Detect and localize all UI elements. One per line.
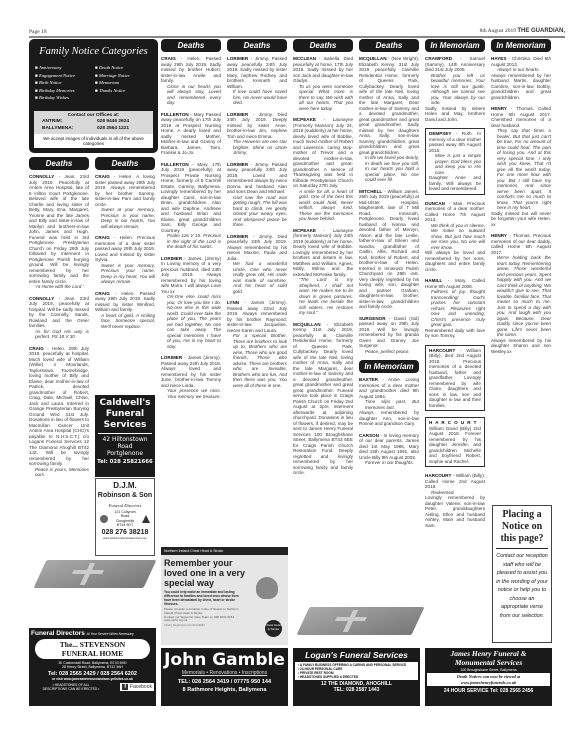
- column-7: In Memoriam CRAWFORD - Samuel (Sammy), 1…: [425, 39, 485, 534]
- category-item: Birth Notice: [35, 80, 92, 85]
- notice: HAMILL - Mary. Called Home 8th August 20…: [425, 278, 485, 339]
- notice-text: - Jimmy. Passed away peacefully 24th Jul…: [227, 56, 287, 89]
- placing-title: this page?: [496, 533, 548, 549]
- notice-signoff: Lovingly remembered by daughter Valerie,…: [425, 495, 485, 528]
- notice-verse: A heart of gold, A smiling face, Someone…: [95, 313, 155, 330]
- ad-line: DESCRIPTIONS CAN BE ERECTED •: [31, 687, 111, 691]
- family-notice-categories: Family Notice Categories Anniversary Dea…: [29, 39, 158, 153]
- notice-name: SURGENOR: [359, 316, 386, 321]
- service-item: • HEADSTONES SUPPLIED & ERECTED: [298, 675, 415, 679]
- header-rule: [29, 36, 565, 38]
- ad-body: You could help make an immediate and las…: [161, 588, 246, 608]
- notice-name: HARCOURT: [429, 348, 455, 353]
- notice-signoff: Sadly missed but will never be forgotten…: [491, 211, 551, 228]
- notice: LORIMER - Jimmy. Passed away peacefully …: [227, 162, 287, 228]
- notice-verse: Sweet at your memory, Precious is your n…: [95, 207, 155, 229]
- notice-text: - Launayne (formerly Manson) July 24th 2…: [293, 228, 353, 277]
- column-6: Deaths MCQUILLAN - (Nee Wright). Elizabe…: [359, 39, 419, 472]
- section-header-memoriam: In Memoriam: [359, 360, 419, 373]
- category-item: Birthday Memories: [35, 88, 92, 93]
- notice: CARSON - In loving memory of our dear pa…: [359, 433, 419, 466]
- category-item: Memoriam: [95, 80, 152, 85]
- ad-services-list: • A FAMILY BUSINESS OFFERING A CARING AN…: [295, 662, 418, 680]
- column-1: Deaths CONNOLLY - Jean. 23rd July 2019. …: [29, 157, 89, 484]
- ad-title: Robinson & Son: [96, 491, 154, 500]
- ad-title: D.J.M.: [96, 481, 154, 491]
- section-header-deaths: Deaths: [161, 39, 221, 52]
- ad-name: The... STEVENSON: [35, 640, 150, 649]
- ad-phone: TEL: 028 2564 3419 / 07775 950 144: [161, 679, 288, 685]
- notice-verse: Peace, perfect peace.: [359, 349, 419, 355]
- notice-boxed: HARCOURT - William (Billy), died 2nd Aug…: [425, 345, 485, 412]
- notice-text: - Helen. A loving sister passed away 29t…: [95, 174, 155, 207]
- notice-name: CRAIG: [95, 174, 110, 179]
- masthead: 8th August 2019 THE GUARDIAN,: [480, 28, 565, 34]
- column-3: Deaths CRAIG - Helen. Passed away 29th J…: [161, 39, 221, 405]
- notice-name: MITCHELL: [359, 189, 382, 194]
- notice-name: CRAWFORD: [425, 56, 452, 61]
- notice-text: - Mary Passed away peacefully on 17th Ju…: [161, 112, 221, 156]
- notice-name: LORIMER: [227, 162, 248, 167]
- notice-name: CRAIG: [95, 291, 110, 296]
- notice-verse: Time slips past, But memories last.: [359, 399, 419, 410]
- notice-name: CONNOLLY: [29, 174, 54, 179]
- category-item: Engagement Notice: [35, 73, 92, 78]
- chest-heart-stroke-ad: Northern Ireland Chest Heart & Stroke Re…: [161, 547, 288, 645]
- ad-phone: 24 HOUR SERVICE Tel: 028 2565 2456: [427, 688, 550, 694]
- notice-name: CRAIG: [95, 235, 110, 240]
- notice-name: LORIMER: [227, 112, 248, 117]
- placing-body: Contact our reception staff who will be …: [496, 552, 548, 620]
- notice-verse: Peace is yours, Memories ours.: [29, 467, 89, 478]
- notice-verse: Sweet is your memory, Precious your name…: [95, 263, 155, 285]
- notice-verse: For a special Brother. There are brother…: [227, 333, 287, 388]
- notice-text: - Jean. 23rd July 2019, peacefully at ho…: [29, 296, 89, 329]
- page-number: Page 18: [29, 29, 47, 35]
- notice-text: - Elizabeth Kenny. 31st July 2019, peace…: [293, 322, 353, 476]
- notice-name: CRAIG: [161, 56, 176, 61]
- ad-address: Road: [95, 443, 155, 450]
- bible-image: [296, 607, 424, 635]
- notice-verse: A smile for all, a heart of gold, One of…: [293, 189, 353, 222]
- caldwells-funeral-ad: Caldwell's Funeral Services 42 Hiltonsto…: [95, 395, 155, 477]
- ad-notice-box: Death Notices can now be viewed at www.j…: [427, 673, 550, 686]
- notice-signoff: Always remembered by his daughter Sharon…: [491, 338, 551, 355]
- ad-body: Contact our Supporter Care Team on 028 9…: [161, 616, 246, 624]
- notice-name: LORIMER: [227, 56, 248, 61]
- notice-name: MCPEAKE: [293, 117, 316, 122]
- notice-verse: Your presence we miss. Your memory we tr…: [161, 388, 221, 399]
- notice-name: LORIMER: [227, 234, 248, 239]
- contact-offices: Contact our Offices at: ANTRIM:028 9446 …: [34, 111, 153, 148]
- notice-text: - Jean. 23rd July 2019. Peacefully at An…: [29, 174, 89, 284]
- notice-signoff: Will always be loved and remembered by h…: [425, 250, 485, 272]
- section-header-deaths: Deaths: [29, 157, 89, 170]
- issue-date: 8th August 2019: [480, 28, 516, 34]
- ad-top-title: Funeral Directors: [31, 630, 85, 637]
- logans-funeral-ad: Logan's Funeral Services • A FAMILY BUSI…: [293, 648, 420, 706]
- notice-name: CONNOLLY: [29, 296, 54, 301]
- notice-boxed: DEMPSEY - Ruth. In memory of a dear moth…: [425, 128, 485, 195]
- heart-icon: [256, 577, 278, 599]
- notice-text: - Jimmy. Passed away peacefully 24th Jul…: [227, 162, 287, 195]
- notice-text: - William (Billy), died 2nd August 2018.…: [429, 348, 481, 408]
- notice: LYNN - James (Jimmy). Passed away 22nd J…: [227, 300, 287, 388]
- section-header-memoriam: In Memoriam: [425, 39, 485, 52]
- ad-phone: Tel: 028 25821666: [95, 459, 155, 465]
- notice-verse: If love could have saved him, He never w…: [227, 89, 287, 106]
- notice-verse: We had a wonderful Uncle, One who never …: [227, 261, 287, 294]
- ad-address: 100 Broughshane Street, Ballymena: [427, 668, 550, 672]
- notice: MCPEAKE - Launayne (Formerly Manson) Jul…: [293, 117, 353, 222]
- notice-name: MCPEAKE: [293, 228, 316, 233]
- section-header-memoriam: In Memoriam: [491, 39, 551, 52]
- ad-tagline: At Your Service When Necessary: [87, 632, 134, 636]
- notice: CONNOLLY - Jean. 23rd July 2019. Peacefu…: [29, 174, 89, 290]
- notice: CRAIG - Helen. Passed away 29th July 201…: [95, 291, 155, 330]
- stevenson-funeral-ad: Funeral Directors At Your Service When N…: [29, 628, 156, 706]
- notice: MCPEAKE - Launayne (formerly Manson) Jul…: [293, 228, 353, 316]
- robinson-funeral-ad: D.J.M. Robinson & Son Funeral Directors …: [95, 478, 155, 556]
- notice-name: HENRY: [491, 233, 507, 238]
- notice-name: MCQUILLAN: [359, 56, 387, 61]
- notice: CRAIG - Helen. Precious memories of a de…: [95, 235, 155, 285]
- office-phone: 028 2564 1221: [97, 126, 129, 131]
- notice-verse: God saw the road was getting rough, The …: [227, 195, 287, 228]
- notice-name: HENRY: [491, 106, 507, 111]
- ad-title: John Gamble: [161, 650, 288, 670]
- section-header-deaths: Deaths: [95, 157, 155, 170]
- notice-verse: In life we loved you dearly, In death we…: [359, 155, 419, 183]
- section-header-deaths: Deaths: [359, 39, 419, 52]
- charity-badge: Chest Heart & Stroke: [265, 620, 282, 637]
- bible-image: [33, 560, 156, 588]
- notice-text: - James (Jimmy). Passed away 22nd July 2…: [227, 300, 287, 333]
- ad-title: Monumental Services: [427, 659, 550, 668]
- notice: FULLERTON - Mary. 17th July 2019 (peacef…: [161, 162, 221, 250]
- notice-verse: Forever in our thoughts.: [359, 460, 419, 466]
- notice-text: - James. (Jimmy) In Loving memory of a v…: [161, 256, 221, 294]
- notice-name: FULLERTON: [161, 162, 189, 167]
- notice-verse: 'At Home with the Lord.': [29, 284, 89, 290]
- ad-title: Logan's Funeral Services: [295, 650, 418, 661]
- facebook-icon: f: [122, 684, 128, 690]
- notice-name: DUNCAN: [425, 201, 445, 206]
- ad-address: 8 Rathmore Heights, Ballymena: [161, 687, 288, 693]
- cross-bar: [335, 617, 367, 621]
- notice: CRAWFORD - Samuel (Sammy), 14th Annivers…: [425, 56, 485, 122]
- emblem-icon: [100, 515, 108, 523]
- notice-verse: "The Lord is my Shepherd, I shall not wa…: [293, 277, 353, 316]
- notice: FULLERTON - Mary Passed away peacefully …: [161, 112, 221, 156]
- ad-address: 42 Hiltonstown: [95, 436, 155, 443]
- notice-boxed: H A R C O U R T - William David (Billy) …: [425, 417, 485, 467]
- cross-triangle-icon: [142, 515, 150, 523]
- notice-verse: As for God His way is perfect. PS 18 V 3…: [29, 329, 89, 340]
- notice: CRAIG - Helen. 29th July 2019, peacefull…: [29, 346, 89, 478]
- notice-verse: Psalm 116 V 15. Precious in the sight of…: [161, 233, 221, 250]
- notice: HENRY - Thomas. Precious memories of our…: [491, 233, 551, 354]
- ad-phone: 028 276 38218: [96, 529, 154, 536]
- paper-name: THE GUARDIAN,: [517, 28, 565, 34]
- notice-text: - Helen. 29th July 2019, peacefully at h…: [29, 346, 89, 467]
- notice-verse: On-One else could miss you, Or love you …: [161, 294, 221, 349]
- notice-name: FULLERTON: [161, 112, 189, 117]
- notice-verse: We're holding back the tears today, Reme…: [491, 255, 551, 338]
- notice-signoff: Always remembered by daughter Ann, son-i…: [359, 410, 419, 427]
- ad-title: Funeral: [95, 409, 155, 420]
- notice-name: LORIMER: [161, 355, 182, 360]
- notice-verse: We think of you in silence, We make no o…: [425, 223, 485, 251]
- notice-verse: Brother you left us beautiful memories, …: [425, 73, 485, 106]
- notice: LORIMER - Jimmy. Passed away peacefully …: [227, 56, 287, 106]
- notice-name: HARCOURT: [425, 473, 451, 478]
- notice: LORIMER - Jimmy. Died peacefully 24th Ju…: [227, 234, 287, 295]
- notice-name: HAYES: [491, 56, 506, 61]
- ad-website[interactable]: or visit www.jamesstevensonandson.yellsi…: [31, 677, 154, 681]
- ad-name-pill: The... STEVENSON FUNERAL HOME: [35, 639, 150, 659]
- cross-bar: [72, 570, 104, 574]
- notice-signoff: Daughter Anne and family. Will always be…: [429, 175, 481, 192]
- ad-headstones: • HEADSTONES OF ALLDESCRIPTIONS CAN BE E…: [31, 683, 111, 691]
- notice: HARCOURT - William (Billy). Called Home …: [425, 473, 485, 528]
- notice-name: H A R C O U R T: [429, 420, 476, 425]
- ad-website[interactable]: www.jameshenryfunerals.co.uk: [428, 680, 549, 686]
- column-4: Deaths LORIMER - Jimmy. Passed away peac…: [227, 39, 287, 394]
- ad-address: 28 Henry Street, Ballymena, BT42 3AH: [31, 665, 154, 669]
- notice: CRAIG - Helen. Passed away 29th July 201…: [161, 56, 221, 106]
- notice-verse: Fullness of joy, thought transcending! G…: [425, 289, 485, 328]
- column-2: Deaths CRAIG - Helen. A loving sister pa…: [95, 157, 155, 335]
- notice-verse: To us you were someone special What more…: [293, 84, 353, 112]
- ad-phone: TEL: 028 2587 1443: [295, 687, 418, 693]
- notice-text: - Launayne (Formerly Manson) July 24, 20…: [293, 117, 353, 188]
- notice-name: DEMPSEY: [429, 131, 451, 136]
- notice: MCCLEAN - Isabella. Died peacefully at h…: [293, 56, 353, 111]
- ad-title: Services: [98, 420, 152, 434]
- ad-footer: • HEADSTONES OF ALLDESCRIPTIONS CAN BE E…: [31, 683, 154, 691]
- notice-signoff: Sadly missed by sisters Helen and May, b…: [425, 106, 485, 123]
- office-name: ANTRIM:: [42, 119, 97, 124]
- office-row: BALLYMENA:028 2564 1221: [34, 125, 153, 132]
- notice: MCQUILLAN - Elizabeth Kenny. 31st July 2…: [293, 322, 353, 476]
- categories-list: Anniversary Death Notice Engagement Noti…: [29, 57, 158, 100]
- column-8: In Memoriam HAYES - Christina. Died 5th …: [491, 39, 551, 360]
- notice-verse: They say that times a healer, But that j…: [491, 128, 551, 211]
- ad-website: www.robinsonsfuneralservices.com: [96, 536, 154, 540]
- notice: CONNOLLY - Jean. 23rd July 2019, peacefu…: [29, 296, 89, 340]
- notice: HENRY - Thomas. Called Home 5th August 2…: [491, 106, 551, 227]
- notice: HAYES - Christina. Died 5th August 2013.…: [491, 56, 551, 100]
- placing-title: Placing a: [496, 509, 548, 521]
- notice-name: CRAIG: [29, 346, 44, 351]
- ad-name: FUNERAL HOME: [35, 649, 150, 658]
- notice-text: - Mary. 17th July 2019 (peacefully) at P…: [161, 162, 221, 233]
- ad-address: 121 Cullyrum Road Cloughmills BT44 9DT: [112, 510, 138, 527]
- notice-signoff: Remembered daily with love by son Tommy.: [425, 328, 485, 339]
- notice-text: - William David (Billy) 2nd August 2018.…: [429, 420, 481, 464]
- notice: LORIMER - James (Jimmy). Passed away 24t…: [161, 355, 221, 399]
- facebook-badge[interactable]: fFacebook: [120, 683, 154, 691]
- notice-verse: The Heavens are one star brighter. Shine…: [227, 139, 287, 156]
- james-henry-ad: James Henry Funeral & Monumental Service…: [425, 648, 552, 706]
- notice-name: LORIMER: [161, 256, 182, 261]
- category-item: Birthday Wishes: [35, 95, 92, 100]
- notice-text: - James (Jimmy). Passed away 24th July 2…: [161, 355, 221, 388]
- notice: MCQUILLAN - (Nee Wright). Elizabeth Kenn…: [359, 56, 419, 183]
- notice-name: MCCLEAN: [293, 56, 316, 61]
- office-name: BALLYMENA:: [42, 126, 97, 131]
- office-phone: 028 9446 2624: [97, 119, 129, 124]
- notice-name: CARSON: [359, 433, 379, 438]
- facebook-label: Facebook: [130, 684, 152, 690]
- placing-title: Notice on: [496, 521, 548, 533]
- notice: CRAIG - Helen. A loving sister passed aw…: [95, 174, 155, 229]
- category-item: Death Notice: [95, 65, 152, 70]
- ad-address: Portglenone: [95, 450, 155, 457]
- section-header-deaths: Deaths: [293, 39, 353, 52]
- placing-notice-box: Placing a Notice on this page? Contact o…: [492, 505, 552, 643]
- cross-icon: [343, 610, 358, 632]
- notice: SURGENOR - David (Sid) passed away on 29…: [359, 316, 419, 355]
- column-5: Deaths MCCLEAN - Isabella. Died peaceful…: [293, 39, 353, 482]
- cross-icon: [80, 563, 95, 585]
- notice-verse: Mine is just a simple prayer, God bless …: [429, 153, 481, 175]
- notice-name: LYNN: [227, 300, 239, 305]
- notice-signoff: Always remembered by her husband Martin,…: [491, 73, 551, 101]
- john-gamble-ad: John Gamble Memorials • Renovations • In…: [161, 648, 288, 706]
- notice-text: - William James. 25th July 2019 (peacefu…: [359, 189, 419, 310]
- category-item: Anniversary: [35, 65, 92, 70]
- notice-name: HAMILL: [425, 278, 442, 283]
- ad-top: Funeral Directors At Your Service When N…: [31, 630, 154, 637]
- category-item: Marriage Notice: [95, 73, 152, 78]
- notice: BAXTER - Annie. Loving memories of a dea…: [359, 377, 419, 427]
- ad-title: Caldwell's: [95, 398, 155, 409]
- ad-headline-line: Remember your: [164, 558, 285, 568]
- notice-name: BAXTER: [359, 377, 378, 382]
- section-header-deaths: Deaths: [227, 39, 287, 52]
- notice: DUNCAN - Mae. Precious memories of a dea…: [425, 201, 485, 273]
- category-item: Thanks Notice: [95, 88, 152, 93]
- categories-title: Family Notice Categories: [29, 39, 158, 57]
- office-row: ANTRIM:028 9446 2624: [34, 118, 153, 125]
- notice: MITCHELL - William James. 25th July 2019…: [359, 189, 419, 310]
- ad-services: Memorials • Renovations • Inscriptions: [161, 670, 288, 676]
- ad-org: Northern Ireland Chest Heart & Stroke: [161, 547, 288, 555]
- notice-text: - (Nee Wright). Elizabeth Kenny. 31st Ju…: [359, 56, 419, 155]
- notice: LORIMER - James. (Jimmy) In Loving memor…: [161, 256, 221, 350]
- notice-text: - David (Sid) passed away on 29th July 2…: [359, 316, 419, 349]
- images-note: We accept images of individuals in all o…: [34, 134, 153, 148]
- notice-name: MCQUILLAN: [293, 322, 321, 327]
- notice: LORIMER - Jimmy. Died 24th July 2019. De…: [227, 112, 287, 156]
- notice-verse: Close in our hearts you will always stay…: [161, 84, 221, 106]
